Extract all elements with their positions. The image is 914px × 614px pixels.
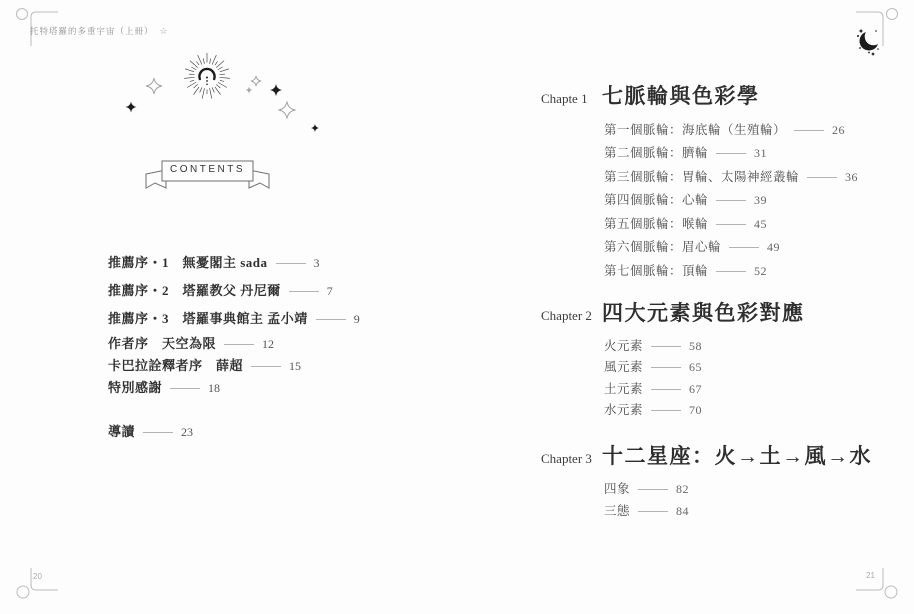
toc-entry-label: 導讀 <box>108 424 135 439</box>
leader-dash <box>716 153 746 154</box>
toc-entry-label: 第四個脈輪：心輪 <box>604 193 708 207</box>
chapter-title: 十二星座：火→土→風→水 <box>602 444 872 468</box>
page-number-right: 21 <box>866 571 875 580</box>
toc-entry: 第四個脈輪：心輪39 <box>604 190 767 208</box>
corner-ornament-top-right <box>856 9 898 47</box>
toc-entry: 推薦序・1 無憂閣主 sada3 <box>108 252 320 271</box>
leader-dash <box>716 200 746 201</box>
book-spread: 托特塔羅的多重宇宙（上冊）☆ CONTENTS 推薦序・1 無憂閣主 sada3… <box>0 0 914 614</box>
toc-entry: 特別感謝18 <box>108 377 220 396</box>
leader-dash <box>170 388 200 389</box>
toc-entry-label: 第三個脈輪：胃輪、太陽神經叢輪 <box>604 170 799 184</box>
toc-entry-label: 第七個脈輪：頂輪 <box>604 264 708 278</box>
toc-entry-page: 36 <box>845 170 858 184</box>
toc-entry-label: 推薦序・3 塔羅事典館主 孟小靖 <box>108 311 308 326</box>
toc-entry-page: 3 <box>314 256 320 270</box>
sunburst-crescent-icon <box>184 53 230 99</box>
running-title-text: 托特塔羅的多重宇宙（上冊） <box>30 26 154 36</box>
toc-entry-page: 39 <box>754 193 767 207</box>
toc-entry: 土元素67 <box>604 379 702 397</box>
toc-entry-label: 水元素 <box>604 403 643 417</box>
sparkle-icon <box>279 102 296 119</box>
toc-entry-label: 土元素 <box>604 382 643 396</box>
chapter-number-label: Chapter 3 <box>541 451 602 467</box>
toc-entry: 火元素58 <box>604 336 702 354</box>
toc-entry-label: 第二個脈輪：臍輪 <box>604 146 708 160</box>
toc-entry-label: 推薦序・2 塔羅教父 丹尼爾 <box>108 283 281 298</box>
toc-entry-label: 四象 <box>604 482 630 496</box>
leader-dash <box>651 346 681 347</box>
chapter-heading: Chapte 1七脈輪與色彩學 <box>541 80 760 110</box>
toc-entry-page: 7 <box>327 284 333 298</box>
toc-entry-label: 作者序 天空為限 <box>108 336 216 351</box>
sparkle-icon <box>146 78 162 94</box>
toc-entry: 第六個脈輪：眉心輪49 <box>604 237 780 255</box>
leader-dash <box>638 511 668 512</box>
sparkle-icon <box>251 76 261 86</box>
leader-dash <box>729 247 759 248</box>
toc-entry-label: 第五個脈輪：喉輪 <box>604 217 708 231</box>
running-title: 托特塔羅的多重宇宙（上冊）☆ <box>30 25 169 37</box>
toc-entry-page: 52 <box>754 264 767 278</box>
toc-entry-page: 31 <box>754 146 767 160</box>
chapter-title: 四大元素與色彩對應 <box>602 301 805 325</box>
toc-entry-label: 第一個脈輪：海底輪（生殖輪） <box>604 123 786 137</box>
page-number-left: 20 <box>33 572 42 581</box>
leader-dash <box>651 410 681 411</box>
toc-entry-label: 三態 <box>604 504 630 518</box>
toc-entry-label: 特別感謝 <box>108 380 162 395</box>
toc-entry: 四象82 <box>604 479 689 497</box>
toc-entry-label: 風元素 <box>604 360 643 374</box>
crescent-moon-icon <box>857 28 882 57</box>
sparkle-icon <box>311 124 319 132</box>
leader-dash <box>716 271 746 272</box>
toc-entry-page: 67 <box>689 382 702 396</box>
toc-entry: 風元素65 <box>604 357 702 375</box>
toc-entry: 第七個脈輪：頂輪52 <box>604 261 767 279</box>
toc-entry: 第五個脈輪：喉輪45 <box>604 214 767 232</box>
leader-dash <box>651 389 681 390</box>
leader-dash <box>289 291 319 292</box>
leader-dash <box>224 344 254 345</box>
toc-entry-page: 58 <box>689 339 702 353</box>
toc-entry-page: 12 <box>262 337 274 351</box>
contents-banner-label: CONTENTS <box>162 164 253 175</box>
chapter-number-label: Chapter 2 <box>541 308 602 324</box>
toc-entry: 第二個脈輪：臍輪31 <box>604 143 767 161</box>
sparkle-icon <box>246 87 253 94</box>
toc-entry-label: 卡巴拉詮釋者序 薛超 <box>108 358 243 373</box>
leader-dash <box>276 263 306 264</box>
sparkle-icon <box>126 102 137 113</box>
toc-entry: 水元素70 <box>604 400 702 418</box>
toc-entry: 卡巴拉詮釋者序 薛超15 <box>108 355 301 374</box>
toc-entry: 導讀23 <box>108 421 193 440</box>
toc-entry-page: 65 <box>689 360 702 374</box>
toc-entry: 第三個脈輪：胃輪、太陽神經叢輪36 <box>604 167 858 185</box>
sparkle-icon <box>270 84 282 96</box>
chapter-number-label: Chapte 1 <box>541 91 602 107</box>
leader-dash <box>251 366 281 367</box>
toc-entry: 推薦序・3 塔羅事典館主 孟小靖9 <box>108 308 360 327</box>
star-icon: ☆ <box>160 26 169 36</box>
leader-dash <box>807 177 837 178</box>
chapter-heading: Chapter 2四大元素與色彩對應 <box>541 297 805 327</box>
toc-entry: 三態84 <box>604 501 689 519</box>
leader-dash <box>716 224 746 225</box>
chapter-title: 七脈輪與色彩學 <box>602 84 760 108</box>
toc-entry-page: 82 <box>676 482 689 496</box>
toc-entry: 作者序 天空為限12 <box>108 333 274 352</box>
toc-entry-label: 火元素 <box>604 339 643 353</box>
toc-entry: 推薦序・2 塔羅教父 丹尼爾7 <box>108 280 333 299</box>
toc-entry: 第一個脈輪：海底輪（生殖輪）26 <box>604 120 845 138</box>
toc-entry-page: 23 <box>181 425 193 439</box>
leader-dash <box>651 367 681 368</box>
toc-entry-page: 26 <box>832 123 845 137</box>
leader-dash <box>794 130 824 131</box>
toc-entry-page: 9 <box>354 312 360 326</box>
toc-entry-page: 45 <box>754 217 767 231</box>
leader-dash <box>316 319 346 320</box>
toc-entry-page: 18 <box>208 381 220 395</box>
toc-entry-page: 70 <box>689 403 702 417</box>
leader-dash <box>638 489 668 490</box>
toc-entry-page: 49 <box>767 240 780 254</box>
corner-ornament-bottom-right <box>856 568 897 598</box>
toc-entry-label: 第六個脈輪：眉心輪 <box>604 240 721 254</box>
leader-dash <box>143 432 173 433</box>
toc-entry-page: 84 <box>676 504 689 518</box>
chapter-heading: Chapter 3十二星座：火→土→風→水 <box>541 440 872 470</box>
toc-entry-page: 15 <box>289 359 301 373</box>
toc-entry-label: 推薦序・1 無憂閣主 sada <box>108 255 268 270</box>
